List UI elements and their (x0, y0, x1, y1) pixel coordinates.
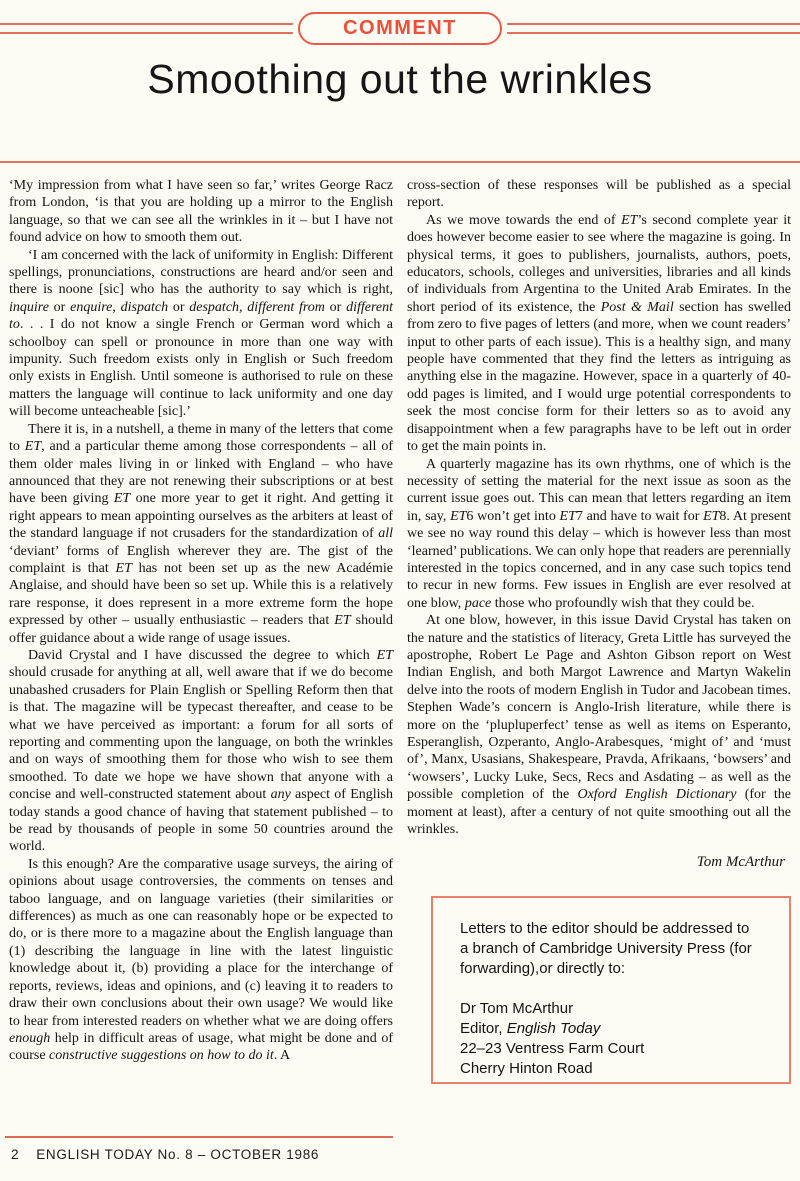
signature: Tom McArthur (407, 854, 791, 871)
article-body: ‘My impression from what I have seen so … (9, 177, 792, 1135)
paragraph: There it is, in a nutshell, a theme in m… (9, 421, 393, 647)
right-column: cross-section of these responses will be… (407, 177, 791, 1135)
paragraph: ‘My impression from what I have seen so … (9, 177, 393, 247)
comment-badge: COMMENT (298, 12, 502, 45)
paragraph: As we move towards the end of ET’s secon… (407, 212, 791, 456)
journal-line: ENGLISH TODAY No. 8 – OCTOBER 1986 (36, 1147, 319, 1162)
paragraph: At one blow, however, in this issue Davi… (407, 612, 791, 838)
paragraph: David Crystal and I have discussed the d… (9, 647, 393, 856)
footer-rule (5, 1136, 393, 1138)
red-divider (0, 161, 800, 163)
letters-box: Letters to the editor should be addresse… (431, 896, 791, 1084)
magazine-page: COMMENT Smoothing out the wrinkles ‘My i… (0, 0, 800, 1181)
paragraph: ‘I am concerned with the lack of uniform… (9, 247, 393, 421)
page-title: Smoothing out the wrinkles (0, 56, 800, 103)
left-column: ‘My impression from what I have seen so … (9, 177, 393, 1135)
address-line: 22–23 Ventress Farm Court (460, 1039, 755, 1059)
page-footer: 2ENGLISH TODAY No. 8 – OCTOBER 1986 (11, 1147, 319, 1162)
address-line: CAMBRIDGE CB1 4HD (460, 1079, 755, 1084)
address-line: Editor, English Today (460, 1019, 755, 1039)
paragraph: cross-section of these responses will be… (407, 177, 791, 212)
address-block: Dr Tom McArthurEditor, English Today22–2… (460, 999, 755, 1084)
page-number: 2 (11, 1147, 19, 1162)
masthead: COMMENT (0, 12, 800, 46)
masthead-rule-right (507, 23, 800, 34)
masthead-rule-left (0, 23, 293, 34)
letters-box-intro: Letters to the editor should be addresse… (460, 919, 755, 979)
paragraph: A quarterly magazine has its own rhythms… (407, 456, 791, 613)
comment-badge-label: COMMENT (343, 17, 457, 40)
paragraph: Is this enough? Are the comparative usag… (9, 856, 393, 1065)
address-line: Dr Tom McArthur (460, 999, 755, 1019)
address-line: Cherry Hinton Road (460, 1059, 755, 1079)
